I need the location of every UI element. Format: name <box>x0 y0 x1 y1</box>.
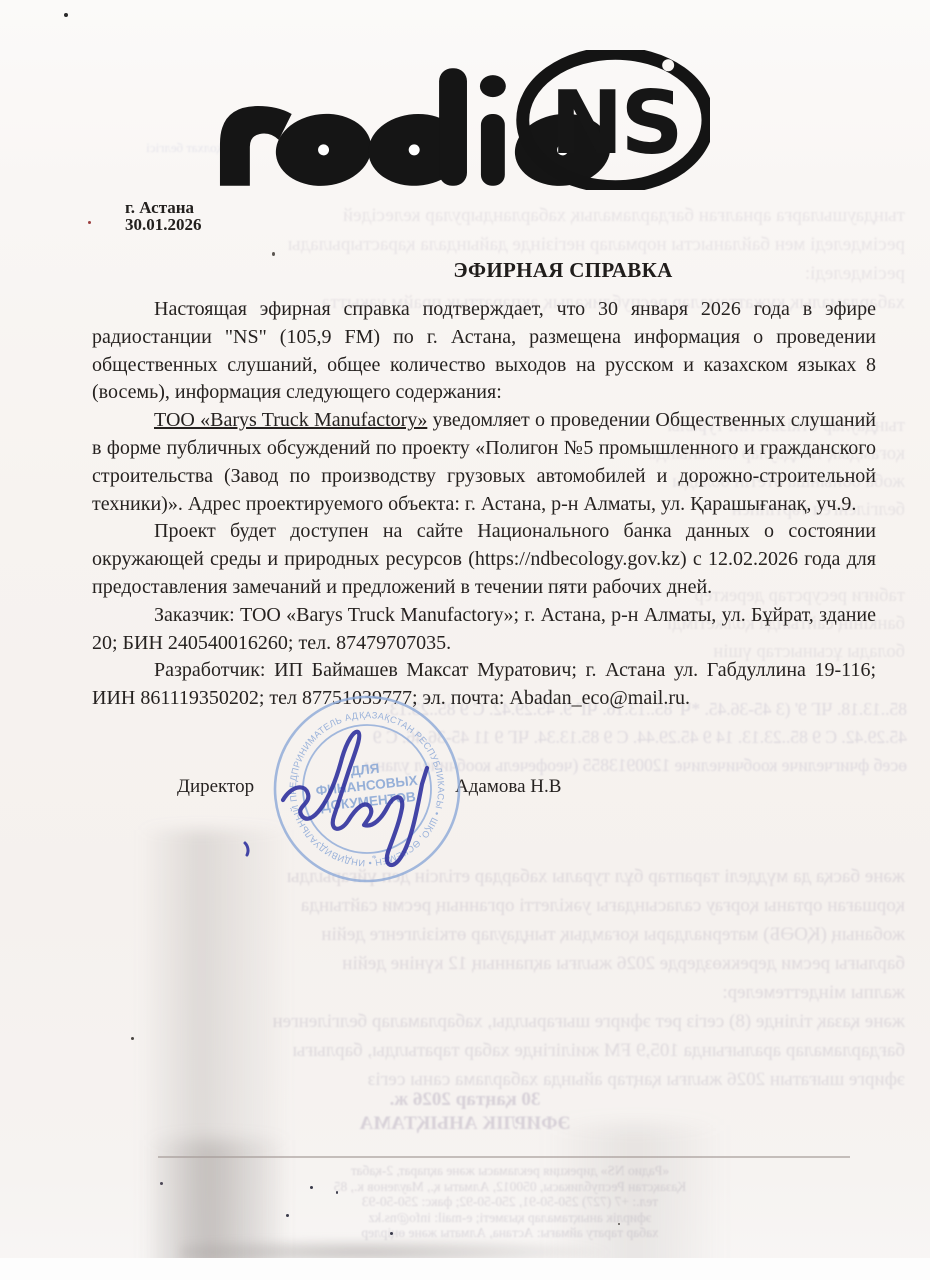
paragraph: ТОО «Barys Truck Manufactory» уведомляет… <box>92 407 876 518</box>
bleed-line: «Радио NS» дирекция рекламасы және ақпар… <box>170 1163 850 1179</box>
text-segment: Разработчик: ИП Баймашев Максат Муратови… <box>92 659 876 709</box>
bleedthrough-text-block: және басқа да мүдделі тараптар бұл турал… <box>100 862 905 1094</box>
logo-i-dot <box>480 75 506 97</box>
bleed-line: қоршаған ортаны қорғау саласындағы уәкіл… <box>100 891 905 920</box>
bleed-line: ЭФИРЛІК АНЫҚТАМА <box>255 1112 675 1136</box>
logo-ring-notch <box>662 59 674 71</box>
paragraph: Проект будет доступен на сайте Националь… <box>92 518 876 601</box>
bleed-line: және қазақ тілінде (8) сегіз рет эфирге … <box>100 1007 905 1036</box>
handwritten-signature <box>235 715 505 875</box>
ink-speck <box>88 221 91 224</box>
bleed-line: қолхат белгісі <box>133 140 223 156</box>
ink-speck <box>272 252 275 256</box>
bleed-line: бағдарламалар аралығында 105,9 FM жиіліг… <box>100 1036 905 1065</box>
ink-speck <box>336 1191 338 1194</box>
text-segment: Проект будет доступен на сайте Националь… <box>92 520 876 598</box>
bleedthrough-fragment: қолхат белгісі <box>133 140 223 156</box>
logo-letter-i <box>481 114 505 186</box>
scanned-document-page: қолхат белгісі тіркелген тыңдаушыларға а… <box>0 0 930 1280</box>
ink-speck <box>160 1182 163 1185</box>
bleed-line: тыңдаушыларға арналған бағдарламалық хаб… <box>200 201 905 230</box>
logo-d-stem <box>439 68 467 186</box>
text-segment: Настоящая эфирная справка подтверждает, … <box>92 298 876 403</box>
text-segment: Заказчик: ТОО «Barys Truck Manufactory»;… <box>92 604 876 654</box>
ink-speck <box>618 1223 620 1225</box>
bleed-line: жобаның (ҚОӘБ) материалдары қоғамдық тың… <box>100 920 905 949</box>
bleed-line: ресімделеді мен байланысты нормалар негі… <box>200 230 905 259</box>
ink-speck <box>390 1232 393 1235</box>
ink-speck <box>310 1186 313 1189</box>
bleed-line: эфирлік анықтамалар қызметі; e-mail: inf… <box>170 1210 850 1226</box>
signature-tick <box>245 843 248 855</box>
underlined-text: ТОО «Barys Truck Manufactory» <box>154 409 427 431</box>
ink-speck <box>131 1037 134 1040</box>
bleed-line: жалпы міндеттемелер: <box>100 978 905 1007</box>
document-body: Настоящая эфирная справка подтверждает, … <box>92 296 876 713</box>
bleed-line: тел.: +7 (727) 250-50-91, 250-50-92; фак… <box>170 1194 850 1210</box>
paragraph: Настоящая эфирная справка подтверждает, … <box>92 296 876 407</box>
paragraph: Заказчик: ТОО «Barys Truck Manufactory»;… <box>92 602 876 658</box>
ink-speck <box>64 13 68 17</box>
scanner-edge-strip <box>0 1258 930 1280</box>
bleed-line: барлығы ресми дереккөздерде 2026 жылғы а… <box>100 949 905 978</box>
bleed-line: 30 қаңтар 2026 ж. <box>255 1088 675 1112</box>
document-date: 30.01.2026 <box>125 217 245 234</box>
paragraph: Разработчик: ИП Баймашев Максат Муратови… <box>92 657 876 713</box>
document-title: ЭФИРНАЯ СПРАВКА <box>413 258 713 283</box>
ink-speck <box>286 1214 289 1217</box>
bleedthrough-footer-block: «Радио NS» дирекция рекламасы және ақпар… <box>170 1163 850 1241</box>
bleed-line: Қазақстан Республикасы, 050012, Алматы қ… <box>170 1179 850 1195</box>
radio-ns-logo: NS <box>212 50 710 190</box>
place-date-block: г. Астана 30.01.2026 <box>125 200 245 233</box>
bleed-line: хабар тарату аймағы: Астана, Алматы және… <box>170 1225 850 1241</box>
logo-ns-text: NS <box>550 72 680 174</box>
footer-divider-line <box>158 1156 850 1158</box>
bleedthrough-heading: 30 қаңтар 2026 ж.ЭФИРЛІК АНЫҚТАМА <box>255 1088 675 1136</box>
